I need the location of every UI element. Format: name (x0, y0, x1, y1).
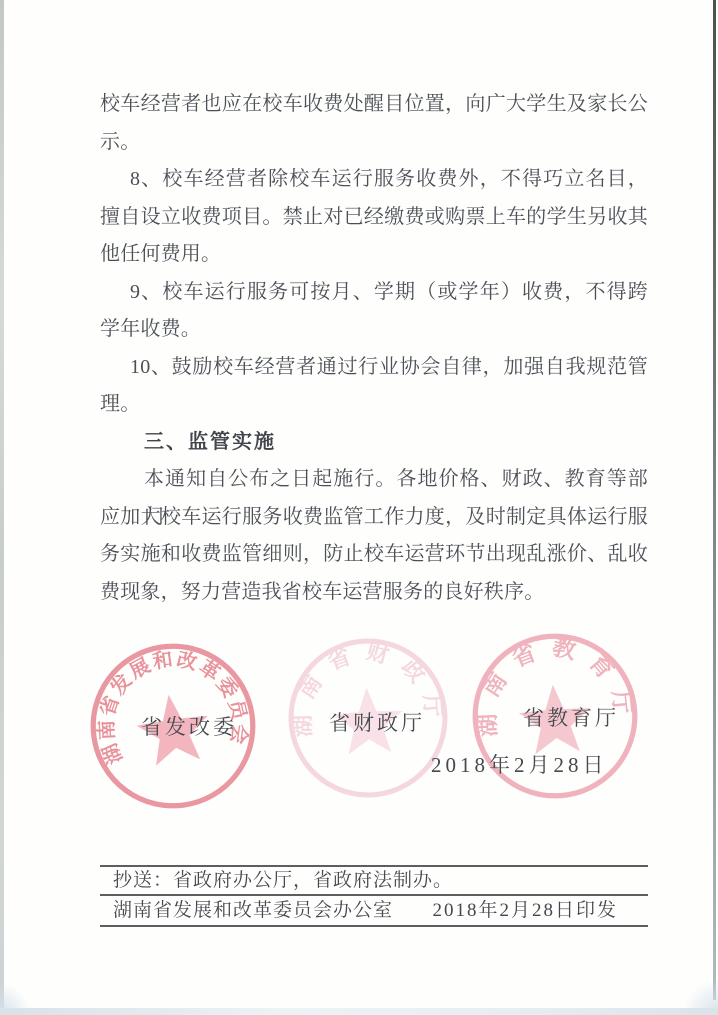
body-line: 务实施和收费监管细则，防止校车运营环节出现乱涨价、乱收 (100, 536, 648, 574)
body-line-item-8: 8、校车经营者除校车运行服务收费外，不得巧立名目， (100, 161, 648, 199)
scan-edge-left (0, 0, 4, 1015)
document-body: 校车经营者也应在校车收费处醒目位置，向广大学生及家长公 示。 8、校车经营者除校… (100, 86, 648, 611)
body-line-item-9: 9、校车运行服务可按月、学期（或学年）收费，不得跨 (100, 274, 648, 312)
scan-edge-right (713, 0, 716, 1000)
footer-print-date: 2018年2月28日印发 (432, 898, 648, 924)
scan-edge-bottom (0, 1008, 718, 1015)
body-line-item-10: 10、鼓励校车经营者通过行业协会自律，加强自我规范管 (100, 349, 648, 387)
body-line: 示。 (100, 124, 648, 162)
body-line: 费现象，努力营造我省校车运营服务的良好秩序。 (100, 574, 648, 612)
body-line: 理。 (100, 386, 648, 424)
body-line: 应加大校车运行服务收费监管工作力度，及时制定具体运行服 (100, 499, 648, 537)
footer-divider-middle (100, 894, 648, 896)
seal-ring-text: 湖南省发展和改革委员会 (84, 637, 256, 769)
body-line: 他任何费用。 (100, 236, 648, 274)
footer-issuer-row: 湖南省发展和改革委员会办公室 2018年2月28日印发 (100, 898, 648, 924)
body-line: 校车经营者也应在校车收费处醒目位置，向广大学生及家长公 (100, 86, 648, 124)
body-line: 擅自设立收费项目。禁止对已经缴费或购票上车的学生另收其 (100, 199, 648, 237)
signature-date: 2018年2月28日 (431, 749, 608, 779)
footer-divider-bottom (100, 925, 648, 927)
footer-divider-top (100, 865, 648, 867)
signature-education: 省教育厅 (523, 702, 619, 732)
footer-cc-line: 抄送：省政府办公厅，省政府法制办。 (113, 868, 648, 894)
signature-drc: 省发改委 (141, 711, 237, 741)
svg-text:湖南省发展和改革委员会: 湖南省发展和改革委员会 (84, 637, 256, 769)
body-line: 本通知自公布之日起施行。各地价格、财政、教育等部门 (100, 461, 648, 499)
footer-issuing-office: 湖南省发展和改革委员会办公室 (100, 898, 393, 924)
section-heading-supervision: 三、监管实施 (100, 424, 648, 462)
body-line: 学年收费。 (100, 311, 648, 349)
scanned-document-page: 校车经营者也应在校车收费处醒目位置，向广大学生及家长公 示。 8、校车经营者除校… (0, 0, 718, 1015)
signature-finance: 省财政厅 (329, 707, 425, 737)
